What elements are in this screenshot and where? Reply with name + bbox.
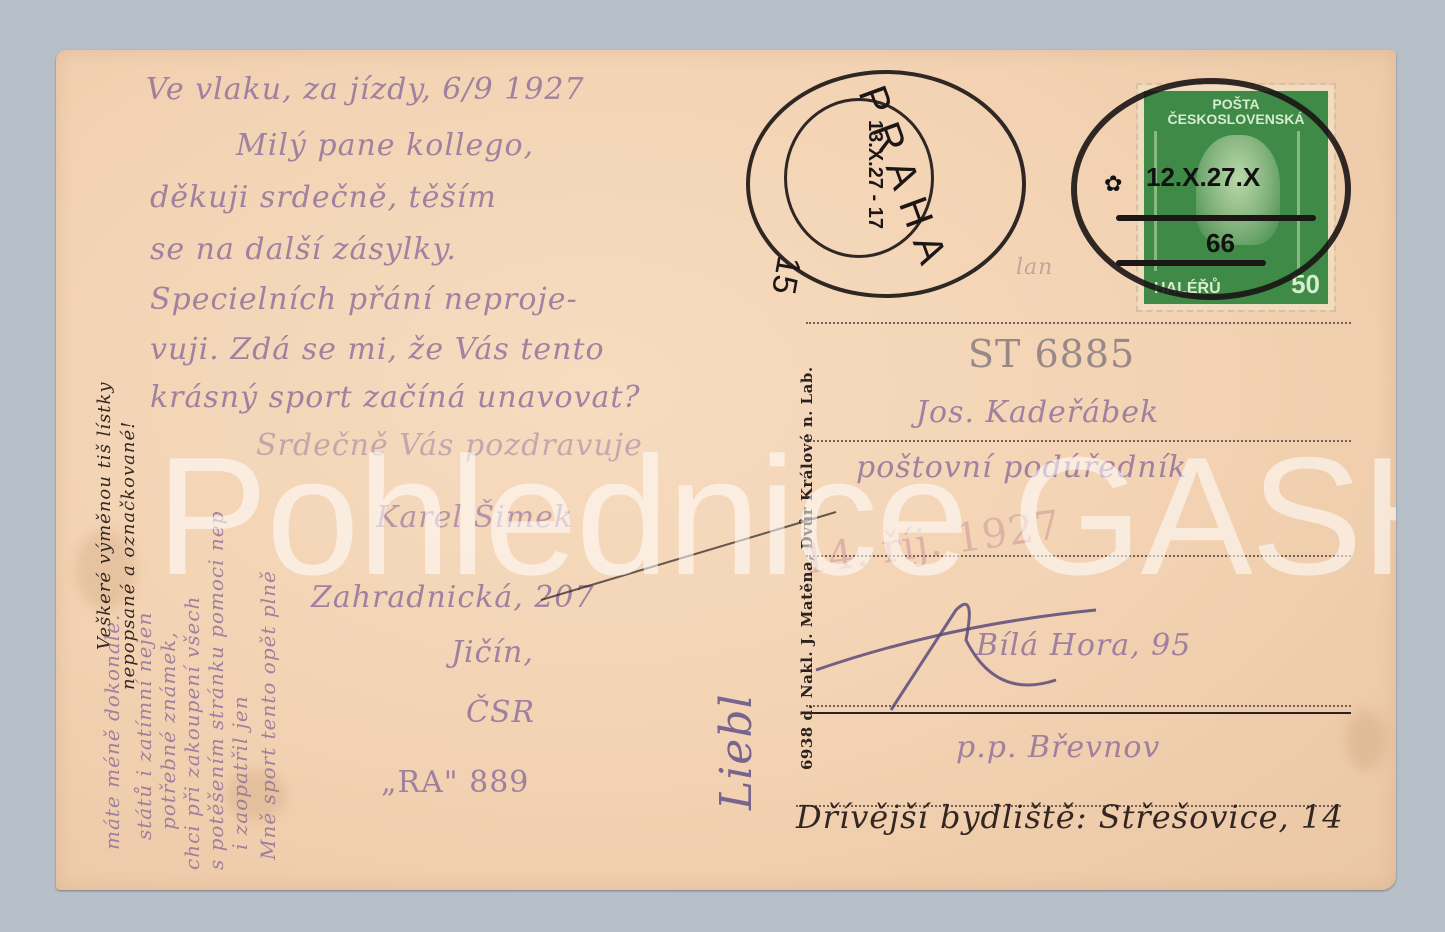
message-line: Milý pane kollego, bbox=[236, 128, 534, 163]
sender-city: Jičín, bbox=[451, 635, 534, 670]
lower-note-line: i zaopatřil jen bbox=[228, 695, 252, 850]
pencil-note: lan bbox=[1016, 255, 1053, 280]
sender-country: ČSR bbox=[466, 695, 535, 730]
message-line: Specielních přání neproje- bbox=[150, 282, 578, 317]
watermark: Pohlednice GASH bbox=[156, 432, 1396, 600]
margin-note-line-1: Veškeré výměnou tiš lístky bbox=[94, 381, 115, 650]
lower-note-line: států i zatímní nejen bbox=[132, 612, 156, 840]
forwarding-initial: Liebl bbox=[711, 693, 762, 810]
lower-note-line: máte méně dokonale. bbox=[100, 614, 124, 850]
paper-stain bbox=[1346, 710, 1386, 770]
address-line bbox=[806, 322, 1351, 324]
postcard: Veškeré výměnou tiš lístky nepopsané a o… bbox=[56, 50, 1396, 890]
member-number: „RA" 889 bbox=[381, 765, 529, 800]
flower-icon: ✿ bbox=[1104, 172, 1122, 197]
recipient-post-office: p.p. Břevnov bbox=[956, 730, 1160, 765]
postmark-office: 15 bbox=[763, 253, 808, 297]
cancel-bar bbox=[1116, 260, 1266, 266]
lower-note-line: Mně sport tento opět plně bbox=[256, 570, 280, 860]
cancel-bar bbox=[1116, 215, 1316, 221]
message-line: krásný sport začíná unavovat? bbox=[150, 380, 641, 415]
message-dateline: Ve vlaku, za jízdy, 6/9 1927 bbox=[146, 72, 585, 107]
forwarding-note: Dřívější bydliště: Střešovice, 14 bbox=[796, 798, 1344, 836]
postmark-date: 13.X.27 - 17 bbox=[863, 120, 886, 229]
message-line: vuji. Zdá se mi, že Vás tento bbox=[150, 332, 605, 367]
stamp-cancel-office: 66 bbox=[1206, 228, 1235, 259]
message-line: se na další zásylky. bbox=[150, 232, 457, 267]
lower-note-line: chci při zakoupení všech bbox=[180, 596, 204, 870]
catalog-mark: ST 6885 bbox=[968, 332, 1135, 376]
message-line: děkuji srdečně, těším bbox=[150, 180, 497, 215]
stamp-cancel-date: 12.X.27.X bbox=[1146, 162, 1260, 193]
lower-note-line: potřebné známek, bbox=[156, 631, 180, 830]
